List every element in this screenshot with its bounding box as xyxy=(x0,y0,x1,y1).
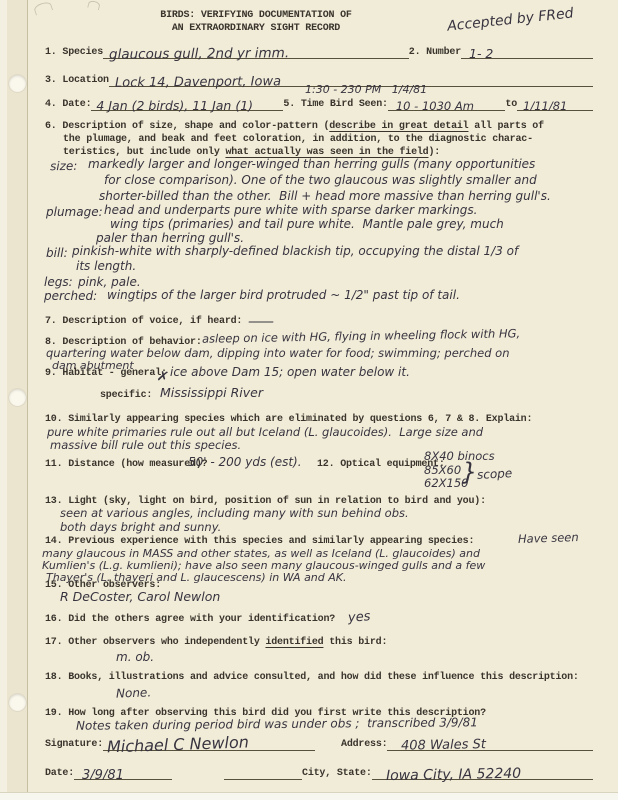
bill-label: bill: xyxy=(46,247,68,259)
q6-line2: the plumage, and beak and feet coloratio… xyxy=(63,133,533,146)
time-end-value: 1/11/81 xyxy=(517,101,567,113)
q16-value: yes xyxy=(348,610,371,625)
scribble-x-mark: ✗ xyxy=(156,369,170,385)
address-label: Address: xyxy=(341,738,387,751)
q14-inline: Have seen xyxy=(518,532,579,546)
city-state-field: Iowa City, IA 52240 xyxy=(372,761,593,780)
species-number-row: 1. Species glaucous gull, 2nd yr imm. 2.… xyxy=(45,42,593,59)
q12-brace: } xyxy=(462,460,477,484)
signature-value: Michael C Newlon xyxy=(103,734,249,755)
q17-label: 17. Other observers who independently id… xyxy=(45,636,387,649)
date-value: 4 Jan (2 birds), 11 Jan (1) xyxy=(91,100,253,113)
size-line3: shorter-billed than the other. Bill + he… xyxy=(99,190,551,202)
address-value: 408 Wales St xyxy=(387,738,486,753)
q11-value: 50' - 200 yds (est). xyxy=(188,456,302,468)
q17-label-a: 17. Other observers who independently xyxy=(45,637,265,648)
time-end-field: 1/11/81 xyxy=(517,94,593,111)
scan-outer-edge xyxy=(0,0,7,800)
q6-line1-underlined: describe in great detail xyxy=(329,121,468,132)
q17-value: m. ob. xyxy=(116,651,154,663)
species-value: glaucous gull, 2nd yr imm. xyxy=(103,47,289,62)
q18-value: None. xyxy=(116,686,152,699)
number-value: 1- 2 xyxy=(461,48,493,61)
q18-label: 18. Books, illustrations and advice cons… xyxy=(45,671,579,684)
city-state-label: City, State: xyxy=(302,767,372,780)
q17-label-underlined: identified xyxy=(265,637,323,648)
q16-label: 16. Did the others agree with your ident… xyxy=(45,613,335,626)
size-label: size: xyxy=(50,160,78,172)
plumage-line2: wing tips (primaries) and tail pure whit… xyxy=(110,218,504,230)
legs-value: pink, pale. xyxy=(78,276,141,288)
q6-line1: 6. Description of size, shape and color-… xyxy=(45,120,544,133)
q7-dash: —— xyxy=(248,315,272,329)
q8-line1: asleep on ice with HG, flying in wheelin… xyxy=(202,328,520,345)
date-signed-label: Date: xyxy=(45,767,74,780)
location-value: Lock 14, Davenport, Iowa xyxy=(109,75,281,90)
punch-hole-middle xyxy=(9,389,26,406)
punch-hole-bottom xyxy=(9,694,26,711)
q14-line2: Kumlien's (L.g. kumlieni); have also see… xyxy=(42,560,485,571)
legs-label: legs: xyxy=(44,276,73,288)
time-field: 10 - 1030 Am xyxy=(388,94,506,111)
scanned-form-page: { "colors": { "paper": "#f1ecd8", "typed… xyxy=(0,0,618,800)
q13-line2: both days bright and sunny. xyxy=(60,522,221,534)
q8-line2: quartering water below dam, dipping into… xyxy=(46,348,510,360)
q9-specific-label: specific: xyxy=(100,389,152,402)
plumage-line3: paler than herring gull's. xyxy=(96,232,244,244)
address-field: 408 Wales St xyxy=(387,731,593,751)
number-label: 2. Number xyxy=(409,46,461,59)
plumage-label: plumage: xyxy=(46,206,103,218)
signature-field: Michael C Newlon xyxy=(103,731,315,751)
q6-line1-a: 6. Description of size, shape and color-… xyxy=(45,121,329,132)
q17-label-c: this bird: xyxy=(323,637,387,648)
time-seen-label: 5. Time Bird Seen: xyxy=(283,98,387,111)
bill-line1: pinkish-white with sharply-defined black… xyxy=(72,245,518,257)
signature-label: Signature: xyxy=(45,738,103,751)
empty-field xyxy=(224,761,302,780)
q15-value: R DeCoster, Carol Newlon xyxy=(60,591,220,604)
to-label: to xyxy=(505,98,517,111)
q19-note: Notes taken during period bird was under… xyxy=(76,716,478,732)
q10-line1: pure white primaries rule out all but Ic… xyxy=(47,427,483,439)
time-value: 10 - 1030 Am xyxy=(388,101,474,113)
date-signed-field: 3/9/81 xyxy=(74,761,172,780)
q10-line2: massive bill rule out this species. xyxy=(50,440,241,452)
q12-value1: 8X40 binocs xyxy=(424,451,495,463)
q7-label: 7. Description of voice, if heard: xyxy=(45,315,242,328)
perched-label: perched: xyxy=(44,290,97,302)
date-city-row: Date: 3/9/81 City, State: Iowa City, IA … xyxy=(45,761,593,780)
punch-hole-top xyxy=(9,75,26,92)
size-line2: for close comparison). One of the two gl… xyxy=(104,174,537,186)
date-time-row: 4. Date: 4 Jan (2 birds), 11 Jan (1) 5. … xyxy=(45,94,593,111)
date-label: 4. Date: xyxy=(45,98,91,111)
q12-value2: 85X60 xyxy=(424,465,461,477)
q9-value: ice above Dam 15; open water below it. xyxy=(170,366,410,378)
city-state-value: Iowa City, IA 52240 xyxy=(372,767,521,784)
bill-line2: its length. xyxy=(76,260,136,272)
date-field: 4 Jan (2 birds), 11 Jan (1) xyxy=(91,94,283,111)
scan-bottom-strip xyxy=(0,792,618,800)
species-label: 1. Species xyxy=(45,46,103,59)
plumage-line1: head and underparts pure white with spar… xyxy=(104,204,477,216)
signature-row: Signature: Michael C Newlon Address: 408… xyxy=(45,731,593,751)
q9-label: 9. Habitat - general: xyxy=(45,367,167,380)
number-field: 1- 2 xyxy=(461,42,593,59)
form-title-line2: AN EXTRAORDINARY SIGHT RECORD xyxy=(0,22,512,35)
perched-value: wingtips of the larger bird protruded ~ … xyxy=(107,289,460,301)
q6-line1-c: all parts of xyxy=(468,121,543,132)
q11-label: 11. Distance (how measured)? xyxy=(45,458,207,471)
species-field: glaucous gull, 2nd yr imm. xyxy=(103,42,409,59)
q12-value4: scope xyxy=(477,467,513,481)
size-line1: markedly larger and longer-winged than h… xyxy=(88,158,535,170)
q9-specific-value: Mississippi River xyxy=(160,387,263,400)
q14-line1: many glaucous in MASS and other states, … xyxy=(42,548,480,559)
form-title-line1: BIRDS: VERIFYING DOCUMENTATION OF xyxy=(0,9,512,22)
date-signed-value: 3/9/81 xyxy=(74,769,124,782)
q13-line1: seen at various angles, including many w… xyxy=(60,508,409,520)
location-label: 3. Location xyxy=(45,74,109,87)
